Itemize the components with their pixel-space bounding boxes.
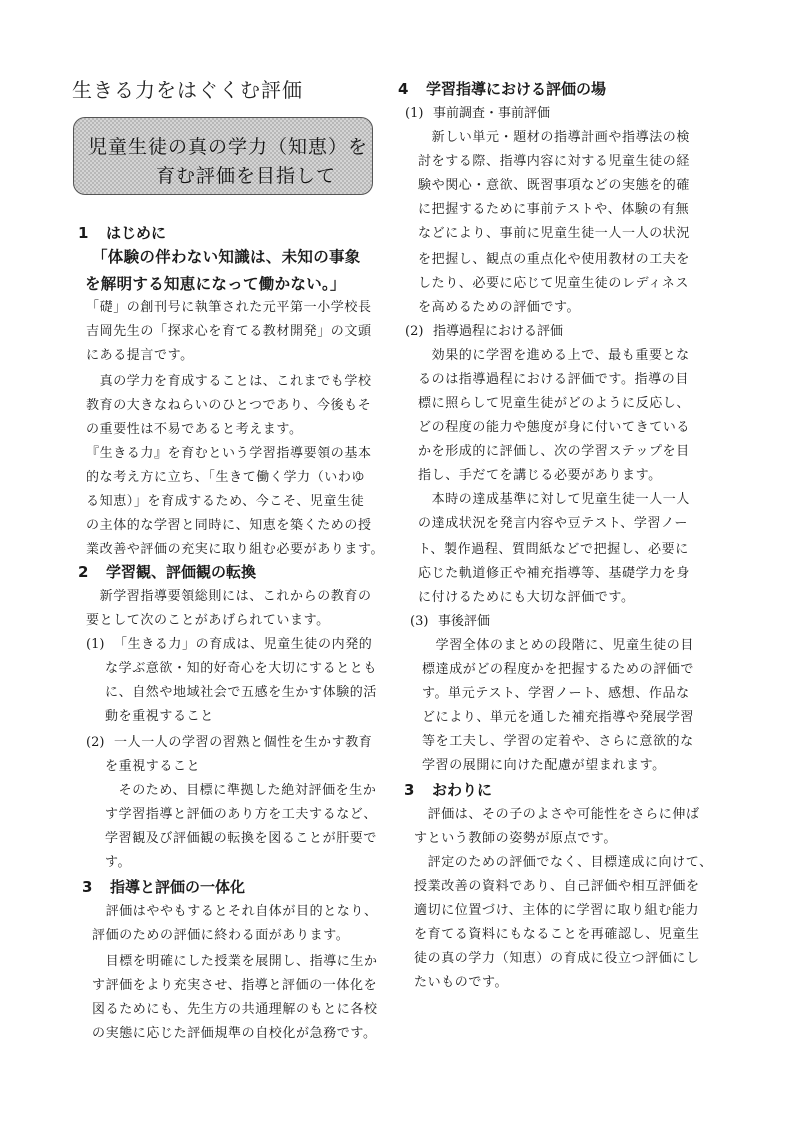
text-line: 要として次のことがあげられています。 <box>86 609 330 628</box>
text-line: すという教師の姿勢が原点です。 <box>414 827 617 846</box>
text-line: す。単元テスト、学習ノート、感想、作品な <box>422 682 690 701</box>
section-4-heading: 4学習指導における評価の場 <box>398 78 606 99</box>
quote-line: 「体験の伴わない知識は、未知の事象 <box>92 245 361 267</box>
subsection-heading-text: 事前調査・事前評価 <box>433 106 550 121</box>
text-line: などにより、事前に児童生徒一人一人の状況 <box>418 222 690 241</box>
text-line: 図るためにも、先生方の共通理解のもとに各校 <box>92 998 378 1017</box>
section-heading-text: 学習観、評価観の転換 <box>106 563 256 581</box>
section-2-heading: 2学習観、評価観の転換 <box>78 561 256 582</box>
text-line: に、自然や地域社会で五感を生かす体験的活 <box>105 681 377 700</box>
title-box: 児童生徒の真の学力（知恵）を 育む評価を目指して <box>73 117 373 195</box>
text-line: 標に照らして児童生徒がどのように反応し、 <box>418 392 690 411</box>
text-line: 適切に位置づけ、主体的に学習に取り組む能力 <box>414 899 699 918</box>
list-item-number: (1) <box>86 637 114 652</box>
text-line: たいものです。 <box>414 971 508 990</box>
section-number: 1 <box>78 224 106 242</box>
text-line: に把握するために事前テストや、体験の有無 <box>418 198 689 217</box>
text-line: す評価をより充実させ、指導と評価の一体化を <box>92 974 377 993</box>
section-3-heading: 3指導と評価の一体化 <box>82 876 245 897</box>
subsection-number: (3) <box>410 614 438 629</box>
text-line: 学習全体のまとめの段階に、児童生徒の目 <box>422 634 694 653</box>
section-number: 3 <box>82 878 110 896</box>
text-line: を把握し、観点の重点化や使用教材の工夫を <box>418 248 690 267</box>
subsection-heading-text: 指導過程における評価 <box>433 324 563 339</box>
text-line: るのは指導過程における評価です。指導の目 <box>418 368 689 387</box>
text-line: 評価は、その子のよさや可能性をさらに伸ば <box>414 803 700 822</box>
section-1-heading: 1はじめに <box>78 222 166 243</box>
text-line: 学習の展開に向けた配慮が望まれます。 <box>422 754 666 773</box>
text-line: 真の学力を育成することは、これまでも学校 <box>86 370 372 389</box>
text-line: 授業改善の資料であり、自己評価や相互評価を <box>414 875 700 894</box>
text-line: 「生きる力」の育成は、児童生徒の内発的 <box>114 637 372 652</box>
text-line: な学ぶ意欲・知的好奇心を大切にするととも <box>105 657 377 676</box>
text-line: 験や関心・意欲、既習事項などの実態を的確 <box>418 174 690 193</box>
text-line: 等を工夫し、学習の定着や、さらに意欲的な <box>422 730 694 749</box>
subsection-3-heading: (3)事後評価 <box>410 610 490 629</box>
subsection-2-heading: (2)指導過程における評価 <box>405 320 563 339</box>
text-line: 的な考え方に立ち、「生きて働く学力（いわゆ <box>86 466 365 485</box>
text-line: 指し、手だてを講じる必要があります。 <box>418 464 662 483</box>
text-line: かを形成的に評価し、次の学習ステップを目 <box>418 440 690 459</box>
list-item-1: (1)「生きる力」の育成は、児童生徒の内発的 <box>86 633 372 652</box>
section-heading-text: おわりに <box>432 781 492 799</box>
text-line: に付けるためにも大切な評価です。 <box>418 586 635 605</box>
text-line: 徒の真の学力（知恵）の育成に役立つ評価にし <box>414 947 700 966</box>
text-line: 標達成がどの程度かを把握するための評価で <box>422 658 694 677</box>
text-line: 学習観及び評価観の転換を図ることが肝要で <box>105 827 377 846</box>
text-line: 新学習指導要領総則には、これからの教育の <box>86 585 372 604</box>
section-5-heading: 3おわりに <box>404 779 492 800</box>
text-line: を高めるための評価です。 <box>418 296 580 315</box>
text-line: 評価はややもするとそれ自体が目的となり、 <box>92 900 378 919</box>
section-number: 2 <box>78 563 106 581</box>
text-line: 評価のための評価に終わる面があります。 <box>92 924 349 943</box>
text-line: 動を重視すること <box>105 705 214 724</box>
text-line: 一人一人の学習の習熟と個性を生かす教育 <box>114 735 372 750</box>
text-line: 目標を明確にした授業を展開し、指導に生か <box>92 950 378 969</box>
text-line: 本時の達成基準に対して児童生徒一人一人 <box>418 488 690 507</box>
text-line: 『生きる力』を育むという学習指導要領の基本 <box>86 442 372 461</box>
text-line: の実態に応じた評価規準の自校化が急務です。 <box>92 1022 377 1041</box>
list-item-number: (2) <box>86 735 114 750</box>
title-box-line-1: 児童生徒の真の学力（知恵）を <box>88 132 368 159</box>
text-line: 新しい単元・題材の指導計画や指導法の検 <box>418 126 690 145</box>
section-heading-text: はじめに <box>106 224 166 242</box>
subsection-1-heading: (1)事前調査・事前評価 <box>405 102 550 121</box>
subsection-number: (1) <box>405 106 433 121</box>
text-line: の主体的な学習と同時に、知恵を築くための授 <box>86 514 372 533</box>
text-line: る知恵）」を育成するため、今こそ、児童生徒 <box>86 490 364 509</box>
text-line: の達成状況を発言内容や豆テスト、学習ノー <box>418 512 688 531</box>
text-line: ト、製作過程、質問紙などで把握し、必要に <box>418 538 689 557</box>
text-line: 「礎」の創刊号に執筆された元平第一小学校長 <box>86 296 372 315</box>
section-heading-text: 学習指導における評価の場 <box>426 80 606 98</box>
section-number: 4 <box>398 80 426 98</box>
text-line: の重要性は不易であると考えます。 <box>86 418 303 437</box>
section-heading-text: 指導と評価の一体化 <box>110 878 245 896</box>
text-line: 業改善や評価の充実に取り組む必要があります。 <box>86 538 384 557</box>
list-item-2: (2)一人一人の学習の習熟と個性を生かす教育 <box>86 731 372 750</box>
text-line: 効果的に学習を進める上で、最も重要とな <box>418 344 690 363</box>
subsection-number: (2) <box>405 324 433 339</box>
subsection-heading-text: 事後評価 <box>438 614 490 629</box>
text-line: 評定のための評価でなく、目標達成に向けて、 <box>414 851 713 870</box>
text-line: す学習指導と評価のあり方を工夫するなど、 <box>105 803 377 822</box>
page-title: 生きる力をはぐくむ評価 <box>72 74 303 103</box>
text-line: どにより、単元を通した補充指導や発展学習 <box>422 706 694 725</box>
text-line: したり、必要に応じて児童生徒のレディネス <box>418 272 689 291</box>
text-line: 教育の大きなねらいのひとつであり、今後もそ <box>86 394 371 413</box>
text-line: を重視すること <box>105 755 200 774</box>
text-line: 応じた軌道修正や補充指導等、基礎学力を身 <box>418 562 690 581</box>
quote-line: を解明する知恵になって働かない。」 <box>85 272 346 294</box>
title-box-line-2: 育む評価を目指して <box>156 161 336 188</box>
text-line: どの程度の能力や態度が身に付いてきている <box>418 416 690 435</box>
text-line: そのため、目標に準拠した絶対評価を生か <box>105 779 376 798</box>
text-line: す。 <box>105 851 131 870</box>
text-line: を育てる資料にもなることを再確認し、児童生 <box>414 923 700 942</box>
text-line: 吉岡先生の「探求心を育てる教材開発」の文頭 <box>86 320 372 339</box>
section-number: 3 <box>404 781 432 799</box>
text-line: 討をする際、指導内容に対する児童生徒の経 <box>418 150 690 169</box>
text-line: にある提言です。 <box>86 344 194 363</box>
